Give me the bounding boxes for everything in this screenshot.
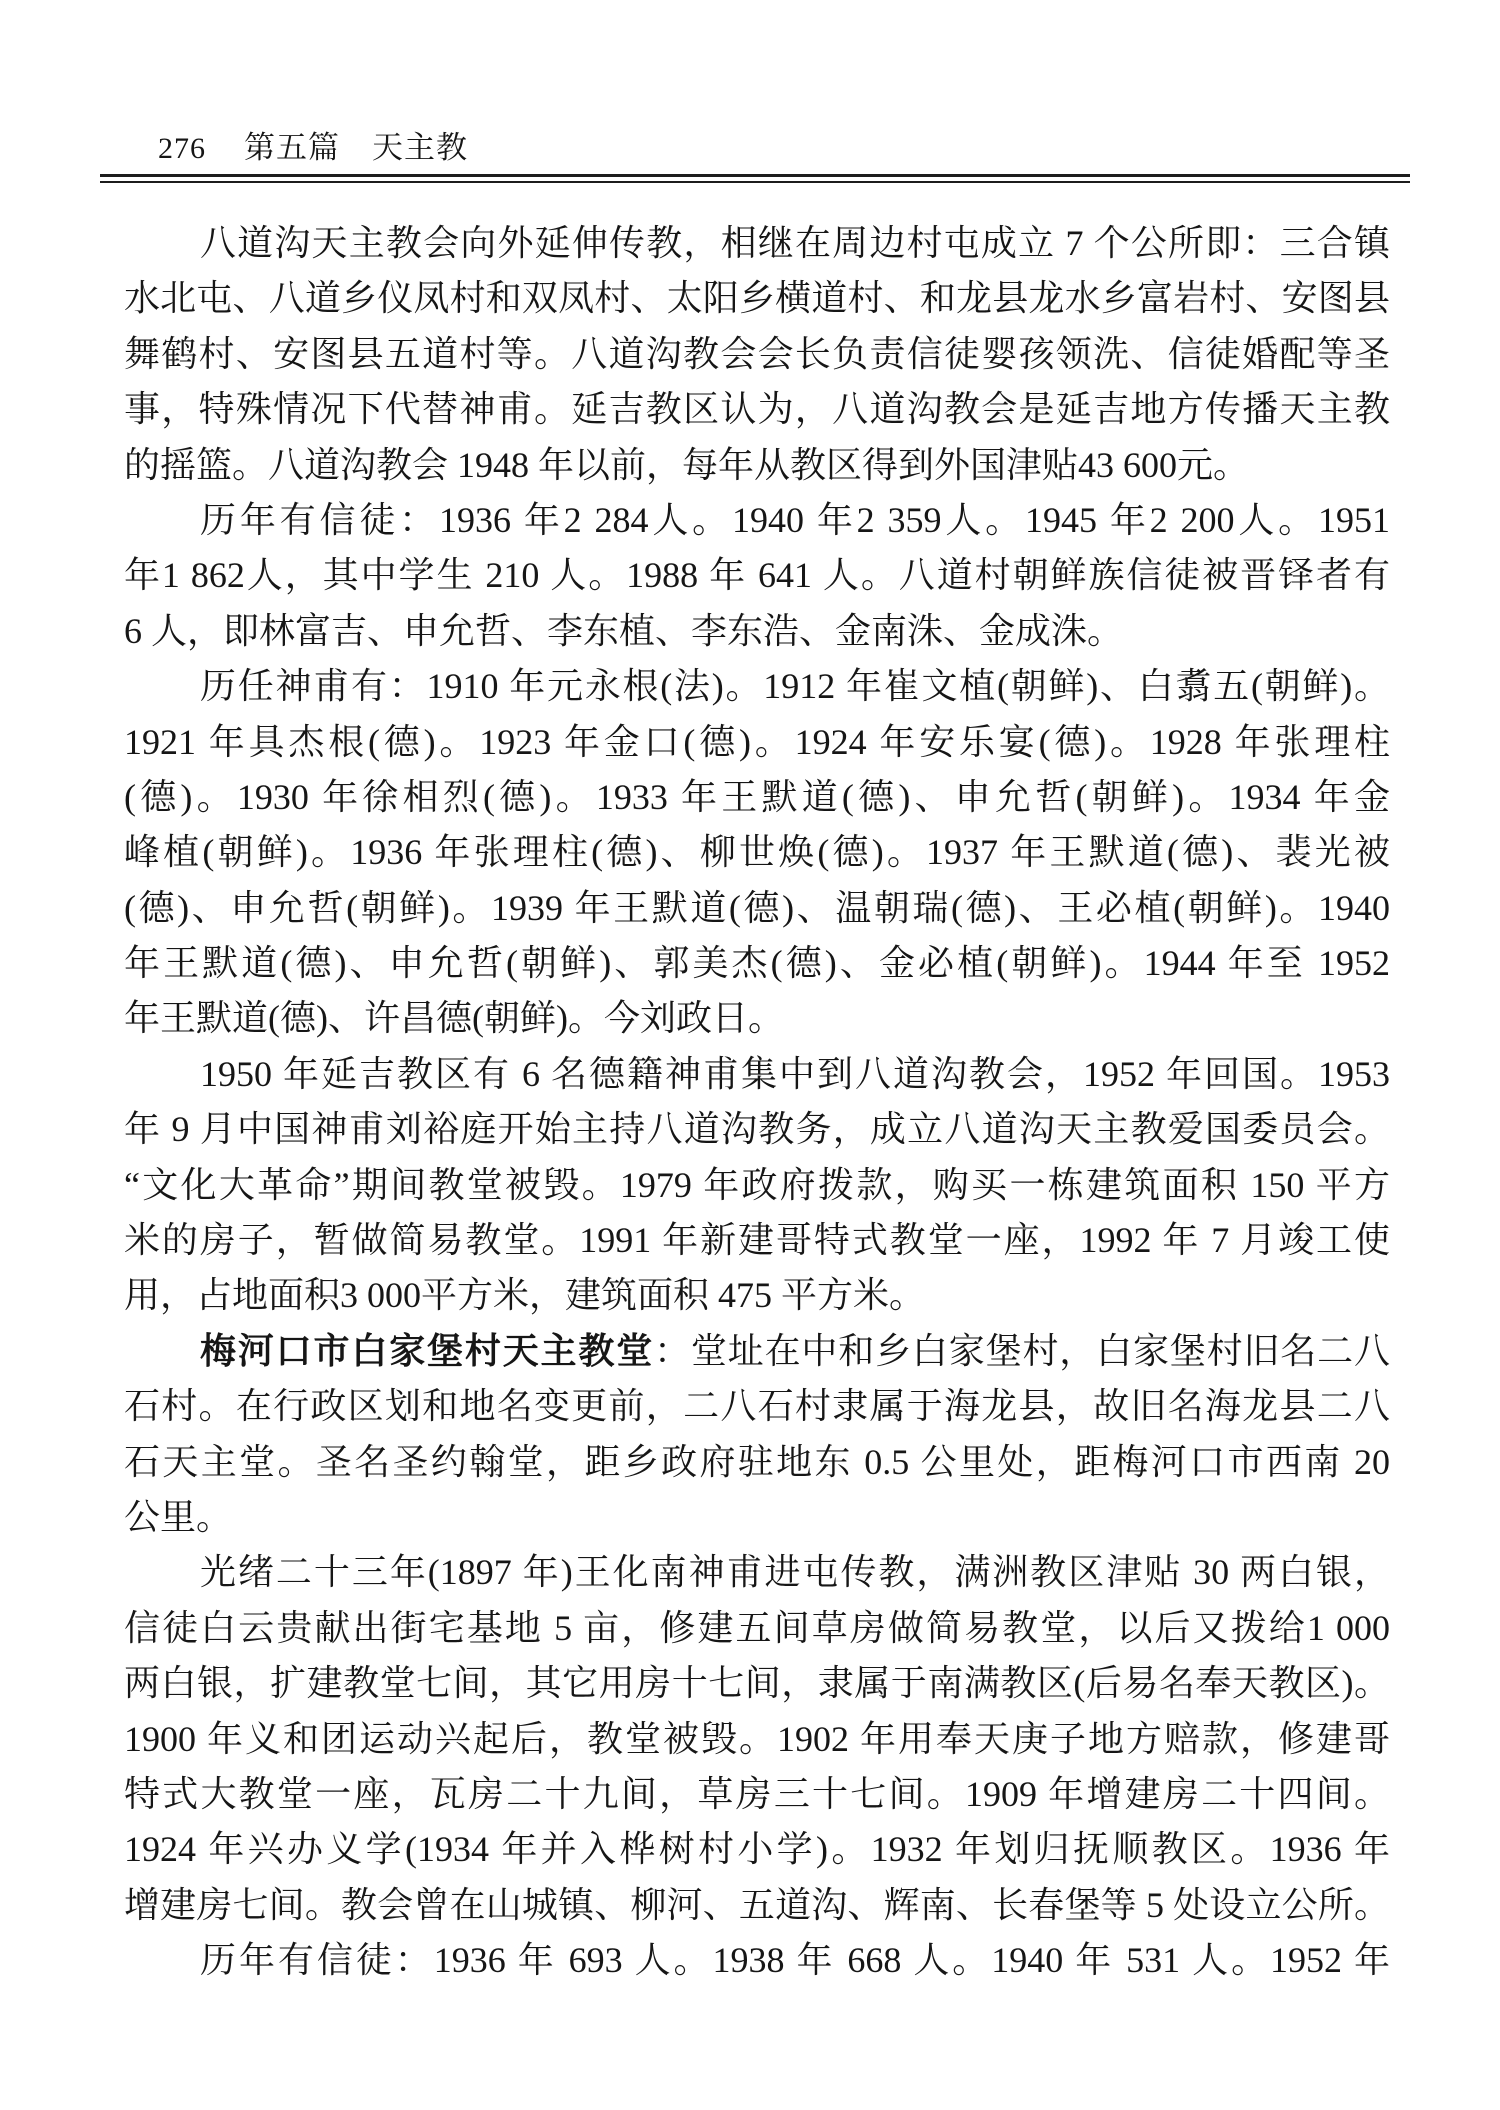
header-rule-thick-line xyxy=(100,174,1410,177)
body-line: 年1 862人，其中学生 210 人。1988 年 641 人。八道村朝鲜族信徒… xyxy=(124,548,1390,603)
body-text: 年 9 月中国神甫刘裕庭开始主持八道沟教务，成立八道沟天主教爱国委员会。 xyxy=(124,1109,1390,1149)
body-text: 公里。 xyxy=(124,1497,232,1537)
body-line: “文化大革命”期间教堂被毁。1979 年政府拨款，购买一栋建筑面积 150 平方 xyxy=(124,1158,1390,1213)
section-title: 天主教 xyxy=(372,130,468,165)
body-text: 增建房七间。教会曾在山城镇、柳河、五道沟、辉南、长春堡等 5 处设立公所。 xyxy=(124,1885,1390,1925)
body-line: 光绪二十三年(1897 年)王化南神甫进屯传教，满洲教区津贴 30 两白银， xyxy=(124,1545,1390,1600)
body-line: 增建房七间。教会曾在山城镇、柳河、五道沟、辉南、长春堡等 5 处设立公所。 xyxy=(124,1878,1390,1933)
body-line: 米的房子，暂做简易教堂。1991 年新建哥特式教堂一座，1992 年 7 月竣工… xyxy=(124,1213,1390,1268)
body-line: 信徒白云贵献出街宅基地 5 亩，修建五间草房做简易教堂，以后又拨给1 000 xyxy=(124,1601,1390,1656)
body-line: 水北屯、八道乡仪凤村和双凤村、太阳乡横道村、和龙县龙水乡富岩村、安图县 xyxy=(124,271,1390,326)
body-text: 年1 862人，其中学生 210 人。1988 年 641 人。八道村朝鲜族信徒… xyxy=(124,555,1390,595)
header-rule-thin-line xyxy=(100,181,1410,183)
body-text: 特式大教堂一座，瓦房二十九间，草房三十七间。1909 年增建房二十四间。 xyxy=(124,1774,1390,1814)
body-line: 的摇篮。八道沟教会 1948 年以前，每年从教区得到外国津贴43 600元。 xyxy=(124,438,1390,493)
body-line: (德)。1930 年徐相烈(德)。1933 年王默道(德)、申允哲(朝鲜)。19… xyxy=(124,770,1390,825)
body-text: 6 人，即林富吉、申允哲、李东植、李东浩、金南洙、金成洙。 xyxy=(124,611,1123,651)
body-line: 6 人，即林富吉、申允哲、李东植、李东浩、金南洙、金成洙。 xyxy=(124,604,1390,659)
body-text: 历任神甫有：1910 年元永根(法)。1912 年崔文植(朝鲜)、白翥五(朝鲜)… xyxy=(200,666,1390,706)
body-text: 1950 年延吉教区有 6 名德籍神甫集中到八道沟教会，1952 年回国。195… xyxy=(200,1054,1390,1094)
body-line: 年王默道(德)、许昌德(朝鲜)。今刘政日。 xyxy=(124,991,1390,1046)
body-line: 用，占地面积3 000平方米，建筑面积 475 平方米。 xyxy=(124,1268,1390,1323)
body-line: (德)、申允哲(朝鲜)。1939 年王默道(德)、温朝瑞(德)、王必植(朝鲜)。… xyxy=(124,881,1390,936)
body-text: ：堂址在中和乡白家堡村，白家堡村旧名二八 xyxy=(654,1331,1390,1371)
body-text: 1900 年义和团运动兴起后，教堂被毁。1902 年用奉天庚子地方赔款，修建哥 xyxy=(124,1719,1390,1759)
body-text: 用，占地面积3 000平方米，建筑面积 475 平方米。 xyxy=(124,1275,925,1315)
body-line: 峰植(朝鲜)。1936 年张理柱(德)、柳世焕(德)。1937 年王默道(德)、… xyxy=(124,825,1390,880)
body-text: 1924 年兴办义学(1934 年并入桦树村小学)。1932 年划归抚顺教区。1… xyxy=(124,1829,1390,1869)
body-text: 石村。在行政区划和地名变更前，二八石村隶属于海龙县，故旧名海龙县二八 xyxy=(124,1386,1390,1426)
body-text: 两白银，扩建教堂七间，其它用房十七间，隶属于南满教区(后易名奉天教区)。 xyxy=(124,1663,1390,1703)
body-text: (德)、申允哲(朝鲜)。1939 年王默道(德)、温朝瑞(德)、王必植(朝鲜)。… xyxy=(124,888,1390,928)
body-line: 梅河口市白家堡村天主教堂：堂址在中和乡白家堡村，白家堡村旧名二八 xyxy=(124,1324,1390,1379)
book-page: 276第五篇天主教 八道沟天主教会向外延伸传教，相继在周边村屯成立 7 个公所即… xyxy=(0,0,1500,2110)
body-text: (德)。1930 年徐相烈(德)。1933 年王默道(德)、申允哲(朝鲜)。19… xyxy=(124,777,1390,817)
body-line: 石村。在行政区划和地名变更前，二八石村隶属于海龙县，故旧名海龙县二八 xyxy=(124,1379,1390,1434)
body-line: 八道沟天主教会向外延伸传教，相继在周边村屯成立 7 个公所即：三合镇 xyxy=(124,216,1390,271)
body-text: 年王默道(德)、许昌德(朝鲜)。今刘政日。 xyxy=(124,998,784,1038)
body-line: 舞鹤村、安图县五道村等。八道沟教会会长负责信徒婴孩领洗、信徒婚配等圣 xyxy=(124,327,1390,382)
page-body: 八道沟天主教会向外延伸传教，相继在周边村屯成立 7 个公所即：三合镇水北屯、八道… xyxy=(124,216,1390,1989)
body-line: 特式大教堂一座，瓦房二十九间，草房三十七间。1909 年增建房二十四间。 xyxy=(124,1767,1390,1822)
body-line: 历任神甫有：1910 年元永根(法)。1912 年崔文植(朝鲜)、白翥五(朝鲜)… xyxy=(124,659,1390,714)
body-text: 年王默道(德)、申允哲(朝鲜)、郭美杰(德)、金必植(朝鲜)。1944 年至 1… xyxy=(124,943,1390,983)
body-line: 1950 年延吉教区有 6 名德籍神甫集中到八道沟教会，1952 年回国。195… xyxy=(124,1047,1390,1102)
body-text: 信徒白云贵献出街宅基地 5 亩，修建五间草房做简易教堂，以后又拨给1 000 xyxy=(124,1608,1390,1648)
body-text: 水北屯、八道乡仪凤村和双凤村、太阳乡横道村、和龙县龙水乡富岩村、安图县 xyxy=(124,278,1390,318)
section-label: 第五篇 xyxy=(244,130,340,166)
body-text: 峰植(朝鲜)。1936 年张理柱(德)、柳世焕(德)。1937 年王默道(德)、… xyxy=(124,832,1390,872)
body-text: 舞鹤村、安图县五道村等。八道沟教会会长负责信徒婴孩领洗、信徒婚配等圣 xyxy=(124,334,1390,374)
body-line: 1921 年具杰根(德)。1923 年金口(德)。1924 年安乐宴(德)。19… xyxy=(124,715,1390,770)
body-line: 历年有信徒：1936 年 693 人。1938 年 668 人。1940 年 5… xyxy=(124,1933,1390,1988)
page-number: 276 xyxy=(158,131,206,167)
body-line: 年王默道(德)、申允哲(朝鲜)、郭美杰(德)、金必植(朝鲜)。1944 年至 1… xyxy=(124,936,1390,991)
entry-heading: 梅河口市白家堡村天主教堂 xyxy=(200,1331,654,1372)
body-line: 1900 年义和团运动兴起后，教堂被毁。1902 年用奉天庚子地方赔款，修建哥 xyxy=(124,1712,1390,1767)
body-text: 光绪二十三年(1897 年)王化南神甫进屯传教，满洲教区津贴 30 两白银， xyxy=(200,1552,1390,1592)
header-rule xyxy=(100,174,1410,183)
body-line: 年 9 月中国神甫刘裕庭开始主持八道沟教务，成立八道沟天主教爱国委员会。 xyxy=(124,1102,1390,1157)
body-text: 1921 年具杰根(德)。1923 年金口(德)。1924 年安乐宴(德)。19… xyxy=(124,722,1390,762)
body-text: “文化大革命”期间教堂被毁。1979 年政府拨款，购买一栋建筑面积 150 平方 xyxy=(124,1165,1390,1205)
body-line: 1924 年兴办义学(1934 年并入桦树村小学)。1932 年划归抚顺教区。1… xyxy=(124,1822,1390,1877)
body-text: 石天主堂。圣名圣约翰堂，距乡政府驻地东 0.5 公里处，距梅河口市西南 20 xyxy=(124,1442,1390,1482)
body-text: 八道沟天主教会向外延伸传教，相继在周边村屯成立 7 个公所即：三合镇 xyxy=(200,223,1390,263)
body-line: 两白银，扩建教堂七间，其它用房十七间，隶属于南满教区(后易名奉天教区)。 xyxy=(124,1656,1390,1711)
body-line: 公里。 xyxy=(124,1490,1390,1545)
body-line: 石天主堂。圣名圣约翰堂，距乡政府驻地东 0.5 公里处，距梅河口市西南 20 xyxy=(124,1435,1390,1490)
body-text: 事，特殊情况下代替神甫。延吉教区认为，八道沟教会是延吉地方传播天主教 xyxy=(124,389,1390,429)
body-text: 的摇篮。八道沟教会 1948 年以前，每年从教区得到外国津贴43 600元。 xyxy=(124,445,1249,485)
body-line: 事，特殊情况下代替神甫。延吉教区认为，八道沟教会是延吉地方传播天主教 xyxy=(124,382,1390,437)
running-head: 276第五篇天主教 xyxy=(158,130,468,166)
body-text: 米的房子，暂做简易教堂。1991 年新建哥特式教堂一座，1992 年 7 月竣工… xyxy=(124,1220,1390,1260)
body-text: 历年有信徒：1936 年 693 人。1938 年 668 人。1940 年 5… xyxy=(200,1940,1390,1980)
body-line: 历年有信徒：1936 年2 284人。1940 年2 359人。1945 年2 … xyxy=(124,493,1390,548)
body-text: 历年有信徒：1936 年2 284人。1940 年2 359人。1945 年2 … xyxy=(200,500,1390,540)
